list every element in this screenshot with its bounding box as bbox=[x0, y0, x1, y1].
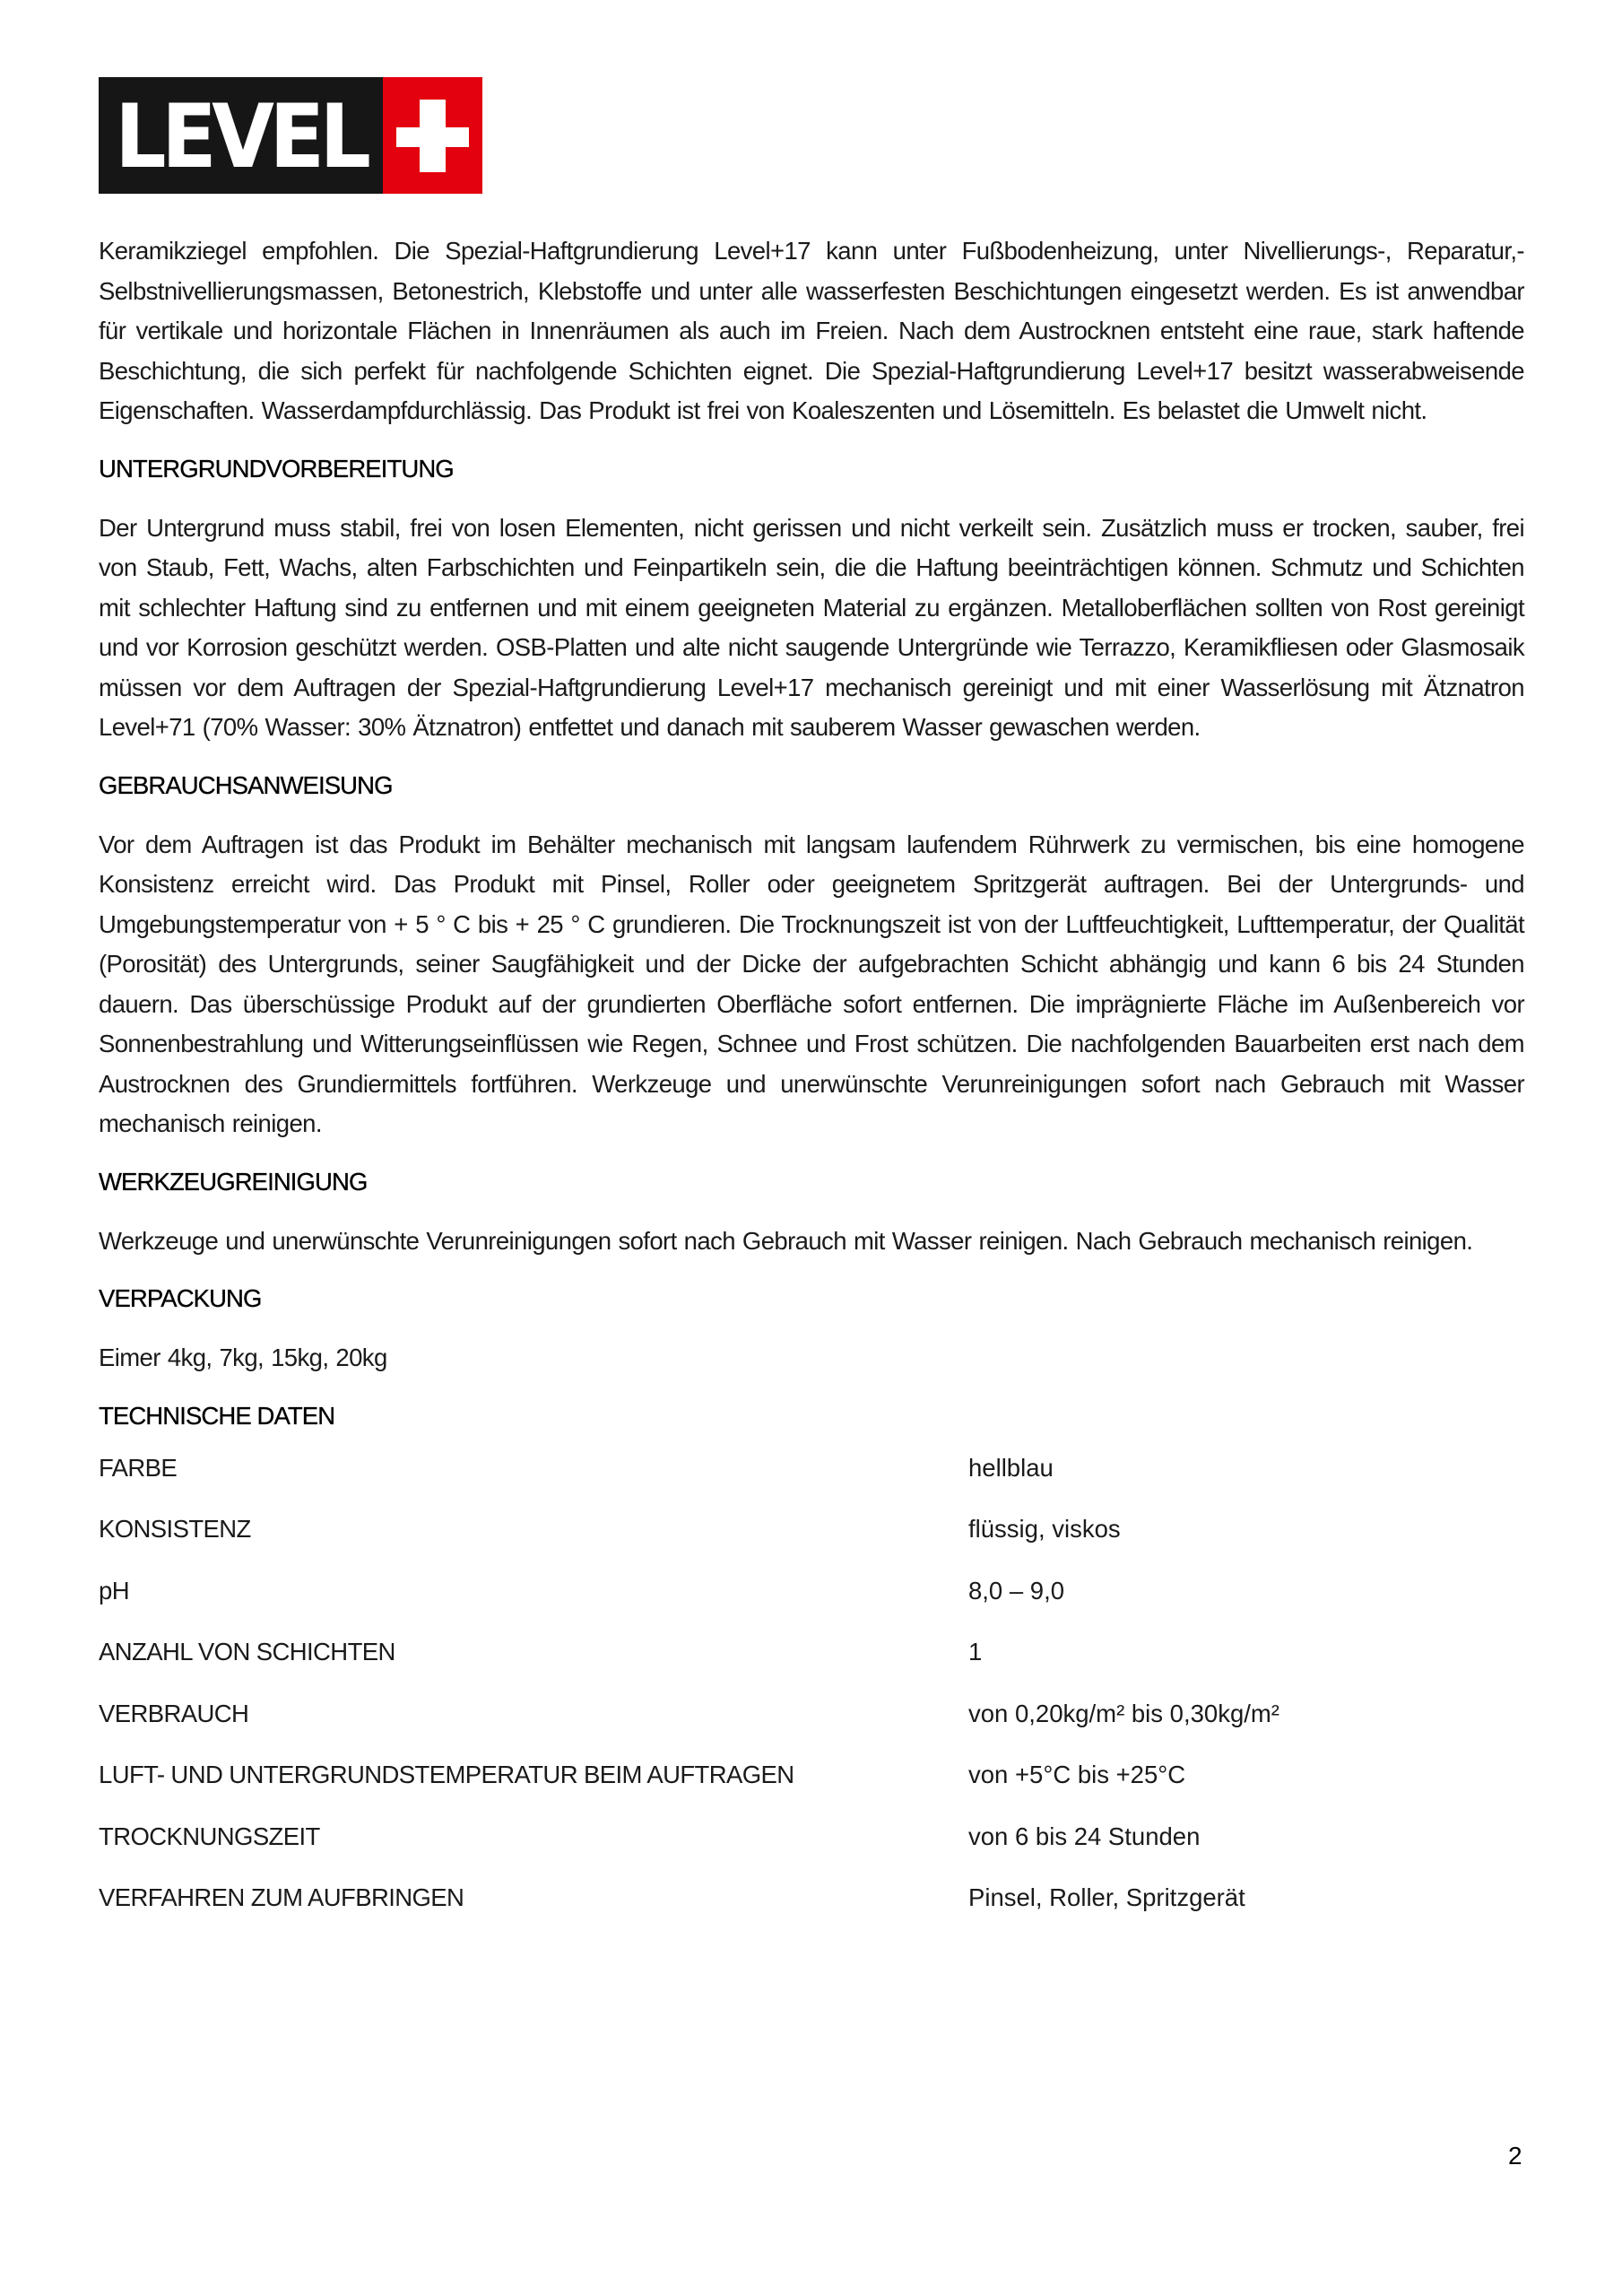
table-row: TROCKNUNGSZEITvon 6 bis 24 Stunden bbox=[99, 1817, 1524, 1879]
logo-wordmark-block: LEVEL bbox=[99, 77, 383, 194]
verpackung-paragraph: Eimer 4kg, 7kg, 15kg, 20kg bbox=[99, 1338, 1524, 1378]
intro-paragraph: Keramikziegel empfohlen. Die Spezial-Haf… bbox=[99, 231, 1524, 431]
table-row: FARBEhellblau bbox=[99, 1448, 1524, 1510]
tech-data-label: VERBRAUCH bbox=[99, 1694, 968, 1756]
level-plus-logo: LEVEL bbox=[99, 77, 482, 194]
tech-data-label: VERFAHREN ZUM AUFBRINGEN bbox=[99, 1878, 968, 1940]
tech-data-value: 8,0 – 9,0 bbox=[968, 1571, 1524, 1633]
heading-technische-daten: TECHNISCHE DATEN bbox=[99, 1396, 1524, 1436]
tech-data-label: ANZAHL VON SCHICHTEN bbox=[99, 1632, 968, 1694]
tech-data-label: FARBE bbox=[99, 1448, 968, 1510]
untergrundvorbereitung-paragraph: Der Untergrund muss stabil, frei von los… bbox=[99, 509, 1524, 748]
cross-vertical-bar bbox=[420, 100, 446, 172]
tech-data-value: von 0,20kg/m² bis 0,30kg/m² bbox=[968, 1694, 1524, 1756]
tech-data-value: flüssig, viskos bbox=[968, 1509, 1524, 1571]
tech-data-label: TROCKNUNGSZEIT bbox=[99, 1817, 968, 1879]
tech-data-value: von 6 bis 24 Stunden bbox=[968, 1817, 1524, 1879]
tech-data-label: LUFT- UND UNTERGRUNDSTEMPERATUR BEIM AUF… bbox=[99, 1755, 968, 1817]
gebrauchsanweisung-paragraph: Vor dem Auftragen ist das Produkt im Beh… bbox=[99, 825, 1524, 1144]
tech-data-label: pH bbox=[99, 1571, 968, 1633]
tech-data-value: Pinsel, Roller, Spritzgerät bbox=[968, 1878, 1524, 1940]
table-row: VERFAHREN ZUM AUFBRINGENPinsel, Roller, … bbox=[99, 1878, 1524, 1940]
table-row: LUFT- UND UNTERGRUNDSTEMPERATUR BEIM AUF… bbox=[99, 1755, 1524, 1817]
tech-data-label: KONSISTENZ bbox=[99, 1509, 968, 1571]
tech-data-value: hellblau bbox=[968, 1448, 1524, 1510]
heading-verpackung: VERPACKUNG bbox=[99, 1279, 1524, 1318]
logo-wordmark: LEVEL bbox=[115, 93, 366, 181]
tech-data-value: von +5°C bis +25°C bbox=[968, 1755, 1524, 1817]
heading-werkzeugreinigung: WERKZEUGREINIGUNG bbox=[99, 1162, 1524, 1202]
heading-gebrauchsanweisung: GEBRAUCHSANWEISUNG bbox=[99, 766, 1524, 805]
table-row: VERBRAUCHvon 0,20kg/m² bis 0,30kg/m² bbox=[99, 1694, 1524, 1756]
table-row: pH8,0 – 9,0 bbox=[99, 1571, 1524, 1633]
werkzeugreinigung-paragraph: Werkzeuge und unerwünschte Verunreinigun… bbox=[99, 1222, 1524, 1262]
heading-untergrundvorbereitung: UNTERGRUNDVORBEREITUNG bbox=[99, 449, 1524, 489]
tech-data-value: 1 bbox=[968, 1632, 1524, 1694]
page-number: 2 bbox=[1508, 2140, 1522, 2172]
table-row: KONSISTENZflüssig, viskos bbox=[99, 1509, 1524, 1571]
plus-cross-icon bbox=[383, 77, 482, 194]
technical-data-table: FARBEhellblauKONSISTENZflüssig, viskospH… bbox=[99, 1448, 1524, 1940]
document-body: Keramikziegel empfohlen. Die Spezial-Haf… bbox=[99, 231, 1524, 1940]
table-row: ANZAHL VON SCHICHTEN1 bbox=[99, 1632, 1524, 1694]
